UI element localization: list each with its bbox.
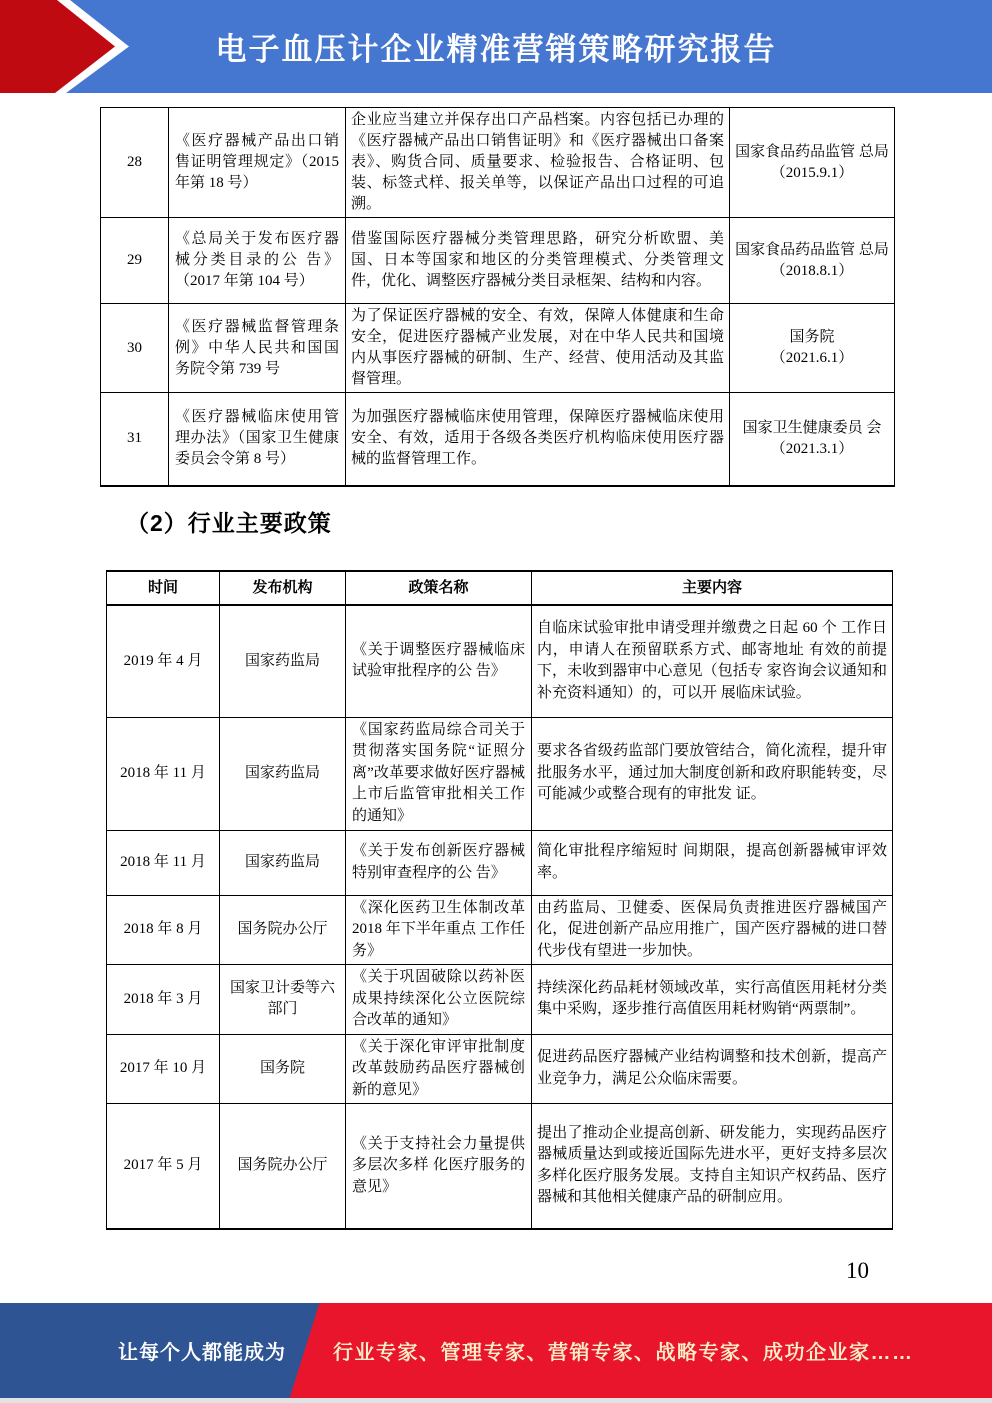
table-row: 29 《总局关于发布医疗器械分类目录的公 告》（2017 年第 104 号） 借…: [101, 218, 895, 304]
industry-policy-table: 时间 发布机构 政策名称 主要内容 2019 年 4 月 国家药监局 《关于调整…: [106, 570, 893, 1230]
issue-date: （2021.6.1）: [734, 348, 890, 369]
table-row: 2017 年 5 月 国务院办公厅 《关于支持社会力量提供多层次多样 化医疗服务…: [107, 1104, 893, 1229]
issuer-org: 国家食品药品监管 总局: [734, 240, 890, 261]
issuer-org: 国家食品药品监管 总局: [734, 142, 890, 163]
policy-name: 《医疗器械监督管理条例》中华人民共和国国务院令第 739 号: [169, 304, 346, 393]
table-header-row: 时间 发布机构 政策名称 主要内容: [107, 571, 893, 605]
policy-time: 2019 年 4 月: [107, 605, 220, 717]
policy-name: 《深化医药卫生体制改革 2018 年下半年重点 工作任务》: [346, 895, 532, 965]
policy-agency: 国务院办公厅: [220, 1104, 346, 1229]
policy-issuer: 国家食品药品监管 总局 （2018.8.1）: [730, 218, 895, 304]
policy-name: 《总局关于发布医疗器械分类目录的公 告》（2017 年第 104 号）: [169, 218, 346, 304]
policy-content: 自临床试验审批申请受理并缴费之日起 60 个 工作日内，申请人在预留联系方式、邮…: [532, 605, 893, 717]
table-row: 2018 年 8 月 国务院办公厅 《深化医药卫生体制改革 2018 年下半年重…: [107, 895, 893, 965]
policy-time: 2017 年 10 月: [107, 1034, 220, 1104]
issue-date: （2021.3.1）: [734, 439, 890, 460]
col-header-agency: 发布机构: [220, 571, 346, 605]
policy-content: 促进药品医疗器械产业结构调整和技术创新，提高产业竞争力，满足公众临床需要。: [532, 1034, 893, 1104]
policy-agency: 国家卫计委等六部门: [220, 965, 346, 1035]
footer-slogan-left: 让每个人都能成为: [118, 1303, 286, 1398]
policy-content: 提出了推动企业提高创新、研发能力，实现药品医疗器械质量达到或接近国际先进水平，更…: [532, 1104, 893, 1229]
row-number: 31: [101, 393, 169, 486]
policy-content: 借鉴国际医疗器械分类管理思路，研究分析欧盟、美国、日本等国家和地区的分类管理模式…: [346, 218, 730, 304]
policy-table-continued: 28 《医疗器械产品出口销售证明管理规定》（2015 年第 18 号） 企业应当…: [100, 107, 895, 487]
policy-time: 2017 年 5 月: [107, 1104, 220, 1229]
page-number: 10: [846, 1258, 869, 1284]
header-band: 电子血压计企业精准营销策略研究报告: [0, 0, 992, 93]
policy-content: 持续深化药品耗材领域改革，实行高值医用耗材分类集中采购，逐步推行高值医用耗材购销…: [532, 965, 893, 1035]
report-title: 电子血压计企业精准营销策略研究报告: [0, 0, 992, 93]
row-number: 28: [101, 108, 169, 218]
table-row: 2017 年 10 月 国务院 《关于深化审评审批制度改革鼓励药品医疗器械创新的…: [107, 1034, 893, 1104]
footer-bottom-strip: [0, 1398, 992, 1403]
policy-agency: 国务院: [220, 1034, 346, 1104]
policy-agency: 国家药监局: [220, 605, 346, 717]
policy-issuer: 国家食品药品监管 总局 （2015.9.1）: [730, 108, 895, 218]
footer-slogan-right: 行业专家、管理专家、营销专家、战略专家、成功企业家……: [333, 1303, 914, 1398]
policy-name: 《关于巩固破除以药补医成果持续深化公立医院综合改革的通知》: [346, 965, 532, 1035]
policy-name: 《关于调整医疗器械临床试验审批程序的公 告》: [346, 605, 532, 717]
table-row: 28 《医疗器械产品出口销售证明管理规定》（2015 年第 18 号） 企业应当…: [101, 108, 895, 218]
table-row: 2018 年 3 月 国家卫计委等六部门 《关于巩固破除以药补医成果持续深化公立…: [107, 965, 893, 1035]
footer-band: 让每个人都能成为 行业专家、管理专家、营销专家、战略专家、成功企业家……: [0, 1303, 992, 1398]
policy-content: 为了保证医疗器械的安全、有效，保障人体健康和生命安全，促进医疗器械产业发展，对在…: [346, 304, 730, 393]
col-header-content: 主要内容: [532, 571, 893, 605]
policy-content: 为加强医疗器械临床使用管理，保障医疗器械临床使用安全、有效，适用于各级各类医疗机…: [346, 393, 730, 486]
table-row: 2018 年 11 月 国家药监局 《国家药监局综合司关于贯彻落实国务院“证照分…: [107, 717, 893, 830]
row-number: 29: [101, 218, 169, 304]
policy-content: 要求各省级药监部门要放管结合，简化流程，提升审批服务水平，通过加大制度创新和政府…: [532, 717, 893, 830]
policy-content: 企业应当建立并保存出口产品档案。内容包括已办理的《医疗器械产品出口销售证明》和《…: [346, 108, 730, 218]
policy-name: 《国家药监局综合司关于贯彻落实国务院“证照分离”改革要求做好医疗器械上市后监管审…: [346, 717, 532, 830]
policy-issuer: 国务院 （2021.6.1）: [730, 304, 895, 393]
policy-agency: 国务院办公厅: [220, 895, 346, 965]
policy-issuer: 国家卫生健康委员 会 （2021.3.1）: [730, 393, 895, 486]
policy-agency: 国家药监局: [220, 830, 346, 895]
col-header-policy: 政策名称: [346, 571, 532, 605]
policy-name: 《关于发布创新医疗器械特别审查程序的公 告》: [346, 830, 532, 895]
policy-name: 《医疗器械临床使用管理办法》（国家卫生健康委员会令第 8 号）: [169, 393, 346, 486]
policy-name: 《医疗器械产品出口销售证明管理规定》（2015 年第 18 号）: [169, 108, 346, 218]
table-row: 2019 年 4 月 国家药监局 《关于调整医疗器械临床试验审批程序的公 告》 …: [107, 605, 893, 717]
table-row: 31 《医疗器械临床使用管理办法》（国家卫生健康委员会令第 8 号） 为加强医疗…: [101, 393, 895, 486]
issue-date: （2015.9.1）: [734, 163, 890, 184]
policy-content: 由药监局、卫健委、医保局负责推进医疗器械国产化，促进创新产品应用推广，国产医疗器…: [532, 895, 893, 965]
section-heading: （2）行业主要政策: [126, 505, 332, 538]
issue-date: （2018.8.1）: [734, 261, 890, 282]
col-header-time: 时间: [107, 571, 220, 605]
table-row: 2018 年 11 月 国家药监局 《关于发布创新医疗器械特别审查程序的公 告》…: [107, 830, 893, 895]
policy-time: 2018 年 8 月: [107, 895, 220, 965]
row-number: 30: [101, 304, 169, 393]
issuer-org: 国务院: [734, 327, 890, 348]
issuer-org: 国家卫生健康委员 会: [734, 418, 890, 439]
policy-name: 《关于深化审评审批制度改革鼓励药品医疗器械创新的意见》: [346, 1034, 532, 1104]
policy-time: 2018 年 11 月: [107, 717, 220, 830]
policy-name: 《关于支持社会力量提供多层次多样 化医疗服务的意见》: [346, 1104, 532, 1229]
policy-time: 2018 年 3 月: [107, 965, 220, 1035]
policy-agency: 国家药监局: [220, 717, 346, 830]
policy-time: 2018 年 11 月: [107, 830, 220, 895]
policy-content: 简化审批程序缩短时 间期限，提高创新器械审评效率。: [532, 830, 893, 895]
table-row: 30 《医疗器械监督管理条例》中华人民共和国国务院令第 739 号 为了保证医疗…: [101, 304, 895, 393]
